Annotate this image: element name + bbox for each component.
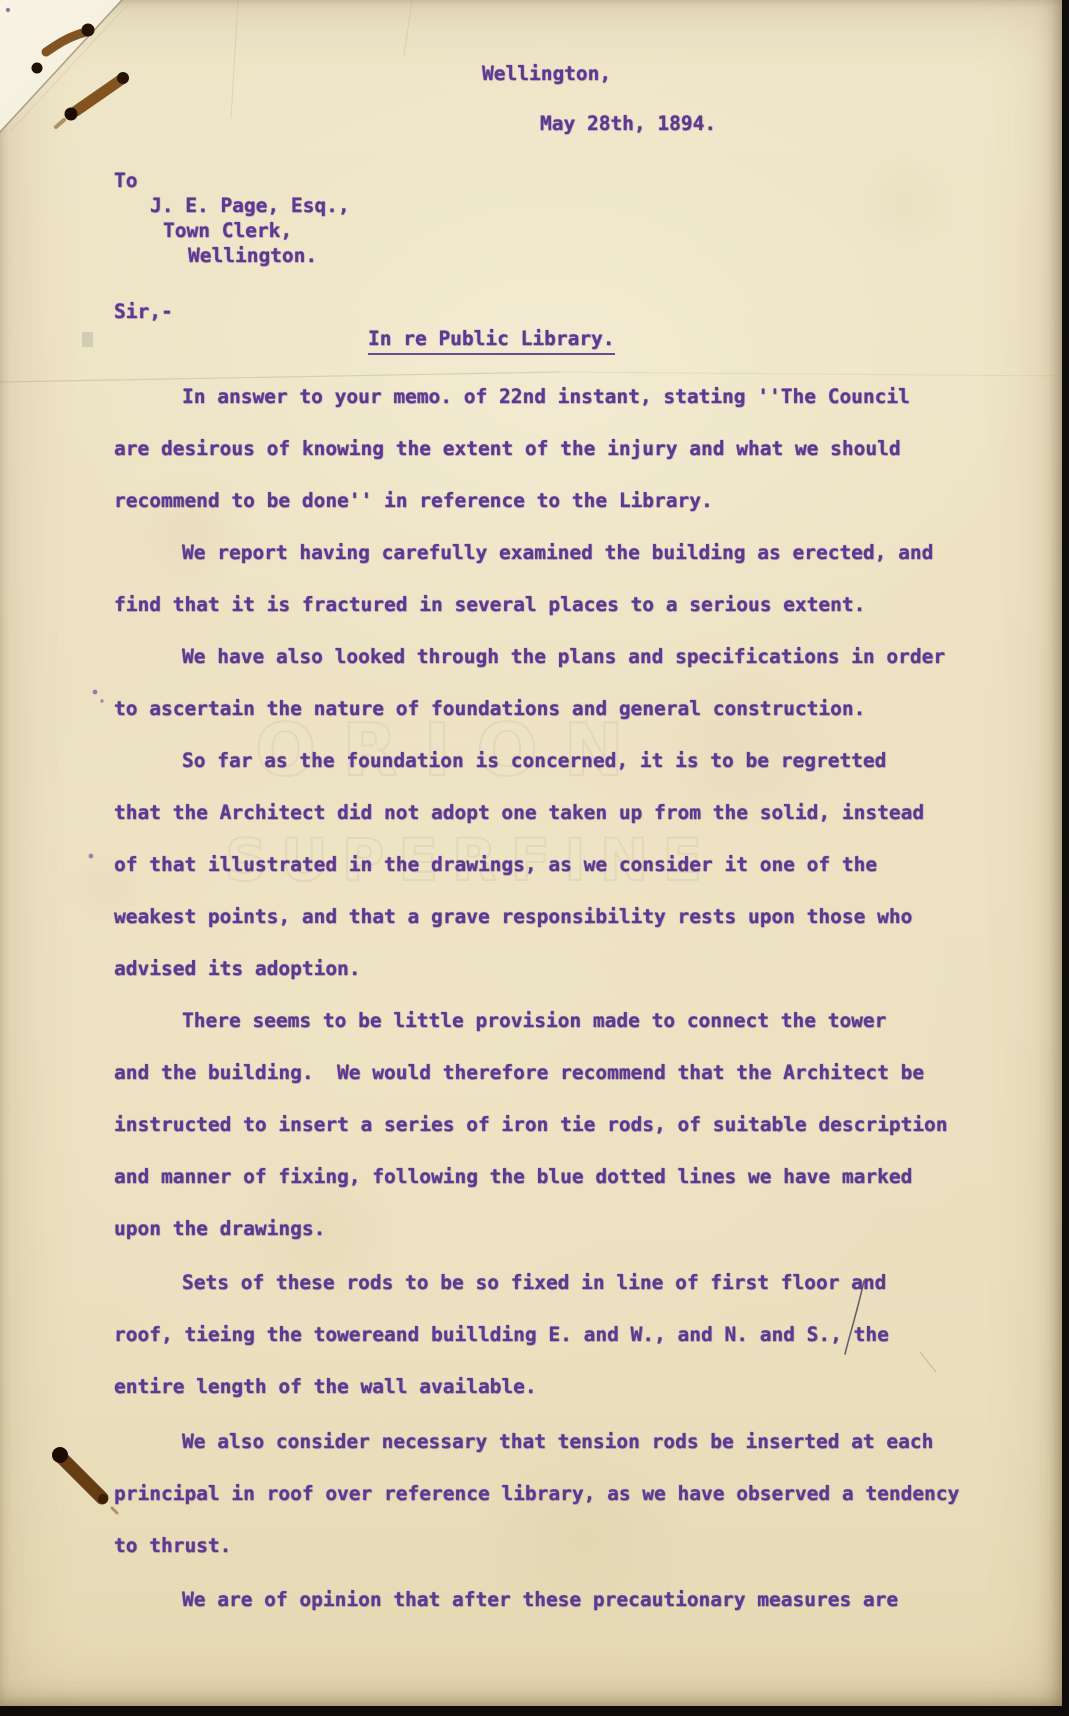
letter-line: to ascertain the nature of foundations a… xyxy=(114,683,984,735)
letter-paragraph: There seems to be little provision made … xyxy=(114,995,984,1255)
letter-line: and the building. We would therefore rec… xyxy=(114,1047,984,1099)
subject-line: In re Public Library. xyxy=(368,327,615,350)
letter-line: and manner of fixing, following the blue… xyxy=(114,1151,984,1203)
letter-body: In answer to your memo. of 22nd instant,… xyxy=(114,371,984,1626)
letter-line: We report having carefully examined the … xyxy=(114,527,984,579)
letter-line: In answer to your memo. of 22nd instant,… xyxy=(114,371,984,423)
letter-line: Sets of these rods to be so fixed in lin… xyxy=(114,1257,984,1309)
letter-line: weakest points, and that a grave respons… xyxy=(114,891,984,943)
letter-line: upon the drawings. xyxy=(114,1203,984,1255)
letter-line: find that it is fractured in several pla… xyxy=(114,579,984,631)
letter-line: to thrust. xyxy=(114,1520,984,1572)
letter-line: are desirous of knowing the extent of th… xyxy=(114,423,984,475)
scanned-letter-page: { "letter": { "place": "Wellington,", "d… xyxy=(0,0,1069,1716)
letter-line: There seems to be little provision made … xyxy=(114,995,984,1047)
recipient-to-label: To xyxy=(114,168,137,193)
recipient-city: Wellington. xyxy=(188,243,317,268)
letter-line: entire length of the wall available. xyxy=(114,1361,984,1413)
letter-paragraph: So far as the foundation is concerned, i… xyxy=(114,735,984,995)
letter-place: Wellington, xyxy=(482,62,611,85)
letter-line: roof, tieing the towereand buillding E. … xyxy=(114,1309,984,1361)
letter-line: principal in roof over reference library… xyxy=(114,1468,984,1520)
letter-paragraph: Sets of these rods to be so fixed in lin… xyxy=(114,1257,984,1413)
recipient-name: J. E. Page, Esq., xyxy=(150,193,350,218)
letter-paragraph: We are of opinion that after these preca… xyxy=(114,1574,984,1626)
letter-line: recommend to be done'' in reference to t… xyxy=(114,475,984,527)
letter-line: So far as the foundation is concerned, i… xyxy=(114,735,984,787)
subject-text: In re Public Library. xyxy=(368,327,615,355)
recipient-title: Town Clerk, xyxy=(163,218,292,243)
letter-line: instructed to insert a series of iron ti… xyxy=(114,1099,984,1151)
letter-paragraph: We report having carefully examined the … xyxy=(114,527,984,631)
letter-line: We are of opinion that after these preca… xyxy=(114,1574,984,1626)
salutation: Sir,- xyxy=(114,300,173,323)
letter-paragraph: In answer to your memo. of 22nd instant,… xyxy=(114,371,984,527)
letter-line: We also consider necessary that tension … xyxy=(114,1416,984,1468)
letter-line: advised its adoption. xyxy=(114,943,984,995)
letter-paragraph: We also consider necessary that tension … xyxy=(114,1416,984,1572)
letter-line: that the Architect did not adopt one tak… xyxy=(114,787,984,839)
letter-line: of that illustrated in the drawings, as … xyxy=(114,839,984,891)
letter-date: May 28th, 1894. xyxy=(540,112,716,135)
letter-paragraph: We have also looked through the plans an… xyxy=(114,631,984,735)
letter-line: We have also looked through the plans an… xyxy=(114,631,984,683)
